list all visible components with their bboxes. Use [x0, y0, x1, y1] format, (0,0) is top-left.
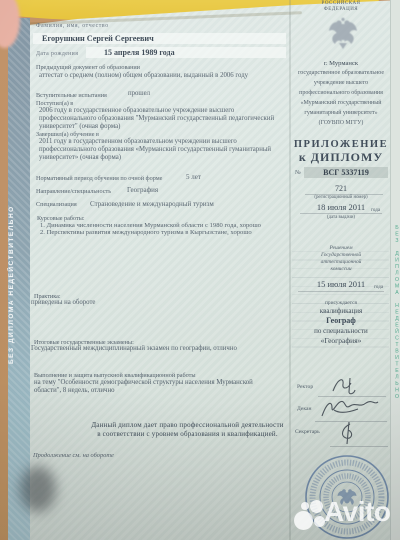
- state-exams-value: Государственный междисциплинарный экзаме…: [31, 345, 289, 353]
- entrance-exams-value: прошел: [128, 90, 150, 98]
- secretary-signature: [334, 420, 368, 446]
- institution-line: учреждение высшего: [290, 80, 392, 87]
- finished-value: 2011 году в государственном образователь…: [39, 138, 291, 161]
- institution-line: гуманитарный университет»: [290, 110, 392, 117]
- avito-logo-circle: [310, 500, 323, 513]
- supplement-title-line2: к ДИПЛОМУ: [292, 151, 390, 165]
- avito-watermark-text: Avito: [324, 496, 390, 528]
- avito-watermark: Avito: [286, 496, 400, 540]
- specialty-value: «География»: [292, 337, 390, 346]
- diploma-number: ВСГ 5337119: [304, 168, 388, 177]
- commission-line: аттестационной: [292, 259, 390, 265]
- study-period-label: Нормативный период обучения по очной фор…: [36, 175, 162, 182]
- secretary-sign-rule: [330, 446, 388, 447]
- avito-logo-circle: [294, 511, 313, 530]
- institution-line: (ГОУВПО МГГУ): [290, 120, 392, 127]
- institution-line: профессионального образования: [290, 90, 392, 97]
- country-line1: РОССИЙСКАЯ: [292, 1, 390, 7]
- commission-line: Государственной: [292, 252, 390, 258]
- qualification-label: квалификация: [292, 307, 390, 315]
- registration-number-caption: (регистрационный номер): [292, 195, 390, 201]
- registration-number: 721: [292, 184, 390, 193]
- rector-signature: [330, 375, 375, 397]
- qualification-value: Географ: [292, 316, 390, 325]
- institution-line: государственное образовательное: [290, 70, 392, 77]
- specialization-label: Специализация: [36, 201, 77, 208]
- institution-line: «Мурманский государственный: [290, 100, 392, 107]
- major-value: География: [127, 186, 158, 194]
- enrolled-value: 2006 году в государственное образователь…: [39, 107, 291, 130]
- state-emblem-eagle-icon: [327, 16, 359, 50]
- issue-date-rule: [300, 213, 382, 214]
- practice-value: приведены на обороте: [31, 299, 95, 307]
- coursework-item: 2. Перспективы развития международного т…: [40, 229, 290, 237]
- study-period-value: 5 лет: [186, 173, 201, 181]
- commission-line: комиссии: [292, 266, 390, 272]
- rights-statement-line1: Данный диплом дает право профессионально…: [91, 421, 283, 429]
- major-label: Направление/специальность: [36, 188, 111, 195]
- city: г. Мурманск: [292, 60, 390, 68]
- previous-education-value: аттестат о среднем (полном) общем образо…: [39, 72, 291, 80]
- award-label: присуждается: [292, 300, 390, 306]
- right-security-text: БЕЗ ДИПЛОМА НЕДЕЙСТВИТЕЛЬНО: [391, 148, 400, 478]
- specialty-label: по специальности: [292, 327, 390, 335]
- dark-smudge: [20, 466, 56, 512]
- thesis-value: на тему "Особенности демографической стр…: [34, 379, 262, 395]
- commission-date-suffix: года: [374, 285, 383, 291]
- country-line2: ФЕДЕРАЦИЯ: [292, 7, 390, 13]
- commission-line: Решением: [292, 245, 390, 251]
- birth-date-value: 15 апреля 1989 года: [104, 48, 175, 57]
- rights-statement-line2: в соответствии с уровнем образования и к…: [97, 430, 278, 438]
- number-sign: №: [295, 170, 301, 177]
- fio-label: Фамилия, имя, отчество: [36, 23, 109, 30]
- photo-of-diploma-supplement: Фамилия, имя, отчество Егорушкин Сергей …: [0, 0, 400, 540]
- secretary-label: Секретарь: [295, 429, 320, 435]
- avito-logo-circle: [301, 502, 309, 510]
- continuation-note: Продолжение см. на обороте: [33, 452, 114, 459]
- issue-date-suffix: года: [371, 208, 380, 214]
- commission-date-rule: [298, 291, 384, 292]
- entrance-exams-label: Вступительные испытания: [36, 92, 107, 99]
- dean-signature: [320, 396, 380, 422]
- previous-education-label: Предыдущий документ об образовании: [36, 64, 140, 71]
- dean-label: Декан: [297, 406, 311, 412]
- issue-date-caption: (дата выдачи): [292, 215, 390, 221]
- left-security-text: БЕЗ ДИПЛОМА НЕДЕЙСТВИТЕЛЬНО: [8, 110, 29, 460]
- specialization-value: Страноведение и международный туризм: [90, 200, 214, 208]
- fio-value: Егорушкин Сергей Сергеевич: [42, 34, 154, 43]
- rector-label: Ректор: [297, 384, 313, 390]
- birth-date-label: Дата рождения: [36, 51, 78, 58]
